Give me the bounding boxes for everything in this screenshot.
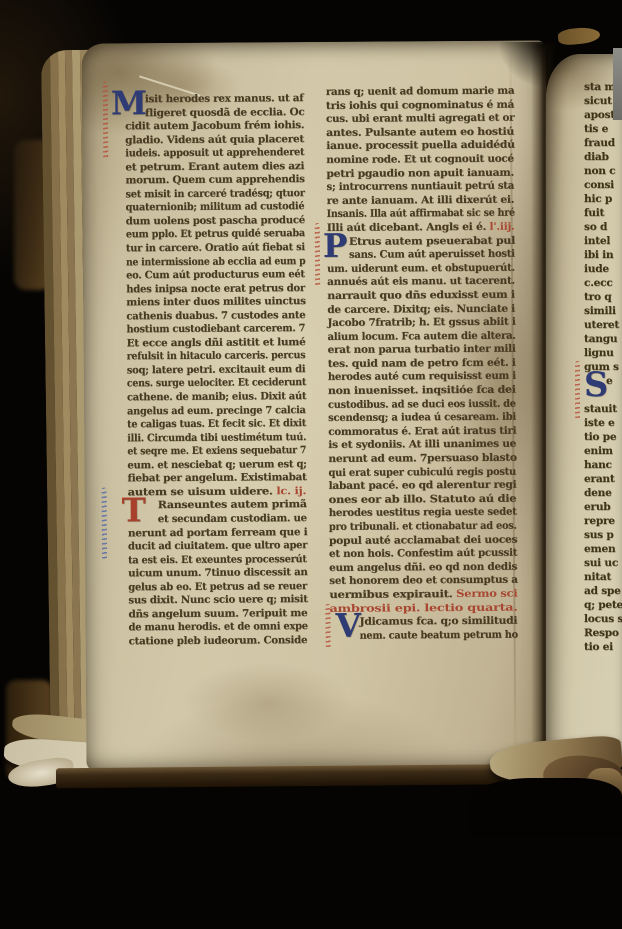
text-line-content: Ranseuntes autem primã	[158, 498, 307, 513]
text-line-content: popul auté acclamabat dei uoces	[329, 533, 517, 548]
text-line-content: erat non parua turbatio inter mili	[328, 343, 516, 358]
text-line-content: rans q; uenit ad domum marie ma	[326, 85, 515, 100]
text-line-content: locus s	[584, 612, 622, 626]
text-line-content: pro tribunali. et ctionabatur ad eos.	[329, 520, 517, 535]
text-line-content: uteret	[584, 318, 619, 332]
text-line: stauit	[584, 402, 622, 416]
text-line-content: Illi aút dicebant. Angls ei é. l'.iij.	[327, 221, 515, 236]
text-line: et secundam custodiam. ue	[128, 512, 307, 527]
text-line: de carcere. Dixitq; eis. Nunciate i	[327, 302, 515, 317]
text-line-content: herodes auté cum requisisst eum i	[328, 370, 516, 385]
text-line: lignu	[584, 346, 622, 360]
text-line-content: non c	[584, 164, 615, 178]
text-line: gelus ab eo. Et petrus ad se reuer	[128, 580, 307, 595]
text-line: quaternionib; militum ad custodié	[126, 200, 305, 215]
text-line-content: qui erat super cubiculú regis postu	[328, 465, 516, 480]
pen-flourish	[315, 223, 320, 287]
text-line: sui uc	[584, 556, 622, 570]
manuscript-photo: isit herodes rex manus. ut affligeret qu…	[0, 0, 622, 929]
text-line-content: fiebat per angelum. Existimabat	[127, 471, 306, 486]
text-line-content: cens. surge uelociter. Et ceciderunt	[127, 377, 306, 392]
text-line: fraud	[584, 136, 622, 150]
text-line-content: hic p	[584, 192, 612, 206]
text-line: hic p	[584, 192, 622, 206]
text-line-content: non inuenisset. inqsitióe fca dei	[328, 384, 516, 399]
text-line-content: repre	[584, 514, 615, 528]
text-line: uicum unum. 7tinuo discessit an	[128, 566, 307, 581]
text-line: angelus ad eum. precinge 7 calcia	[127, 404, 306, 419]
text-line: tro q	[584, 290, 622, 304]
text-line-content: hdes inipsa nocte erat petrus dor	[126, 282, 305, 297]
text-line: non inuenisset. inqsitióe fca dei	[328, 384, 516, 399]
text-line-content: set honorem deo et consumptus a	[329, 574, 518, 589]
text-line-content: fuit	[584, 206, 604, 220]
text-line-content: refulsit in hitaculo carceris. percus	[127, 349, 306, 364]
text-line-content: ducit ad ciuitatem. que ultro aper	[128, 539, 307, 554]
text-line: herodes uestitus regia ueste sedet	[329, 506, 517, 521]
text-line: refulsit in hitaculo carceris. percus	[127, 349, 306, 364]
text-line: labant pacé. eo qd alerentur regi	[329, 479, 517, 494]
text-line: te caligas tuas. Et fecit sic. Et dixit	[127, 417, 306, 432]
text-line: ta est eis. Et exeuntes processerút	[128, 553, 307, 568]
text-line-content: de manu herodis. et de omni expe	[129, 620, 308, 635]
left-page: isit herodes rex manus. ut affligeret qu…	[81, 40, 550, 771]
text-line-content: emen	[584, 542, 615, 556]
text-line: is et sydoniis. At illi unanimes ue	[328, 438, 516, 453]
text-line-content: erant	[584, 472, 615, 486]
text-line-content: annués aút eis manu. ut tacerent.	[327, 275, 515, 290]
text-line: et seqre me. Et exiens sequebatur 7	[127, 444, 306, 459]
text-line-content: quaternionib; militum ad custodié	[126, 200, 305, 215]
rubric-text: l'.iij.	[486, 221, 515, 233]
text-line: consi	[584, 178, 622, 192]
text-line: sus p	[584, 528, 622, 542]
text-line-content: ones eor ab illo. Statuto aú die	[329, 492, 517, 507]
text-line-content: s; introcurrens nuntiauit petrú sta	[326, 180, 514, 195]
text-line-content: morum. Quem cum apprehendis	[125, 173, 304, 188]
text-line-content: dum uolens post pascha producé	[126, 214, 305, 229]
text-line: herodes auté cum requisisst eum i	[328, 370, 516, 385]
text-line-content: ianue. processit puella aduidédú	[326, 139, 515, 154]
text-line-content: cathene. de manib; eius. Dixit aút	[127, 390, 306, 405]
text-line: iste e	[584, 416, 622, 430]
text-line: cathene. de manib; eius. Dixit aút	[127, 390, 306, 405]
text-line: scendensq; a iudea ú cesaream. ibi	[328, 411, 516, 426]
text-line: um. uiderunt eum. et obstupuerút.	[327, 261, 515, 276]
text-line-content: iudeis. apposuit ut apprehenderet	[125, 146, 304, 161]
text-line-content: tes. quid nam de petro fcm eét. i	[328, 356, 516, 371]
text-line-content: tro q	[584, 290, 611, 304]
text-line: iude	[584, 262, 622, 276]
text-line: ad spe	[584, 584, 622, 598]
text-line-content: et secundam custodiam. ue	[158, 512, 307, 527]
text-line: ctatione pleb iudeorum. Conside	[129, 634, 308, 649]
text-line: eum angelus dñi. eo qd non dedis	[329, 560, 517, 575]
parchment-stain	[182, 662, 353, 743]
text-line-content: c.ecc	[584, 276, 613, 290]
text-line-content: tur in carcere. Oratio aút fiebat si	[126, 241, 305, 256]
text-line-content: labant pacé. eo qd alerentur regi	[329, 479, 517, 494]
text-line-content: tio pe	[584, 430, 616, 444]
text-line-content: simili	[584, 304, 616, 318]
rubric-text: lc. ij.	[273, 485, 307, 497]
text-line: fuit	[584, 206, 622, 220]
text-line: morum. Quem cum apprehendis	[125, 173, 304, 188]
text-line-content: consi	[584, 178, 614, 192]
text-line-content: ne intermissione ab ecclia ad eum p	[126, 255, 305, 270]
text-line: erant	[584, 472, 622, 486]
text-line: dum uolens post pascha producé	[126, 214, 305, 229]
text-line-content: dene	[584, 486, 612, 500]
text-line-content: hanc	[584, 458, 612, 472]
text-line-content: alium locum. Fca autem die altera.	[327, 329, 515, 344]
text-line-content: dñs angelum suum. 7eripuit me	[128, 607, 307, 622]
text-line-content: is et sydoniis. At illi unanimes ue	[328, 438, 516, 453]
text-line: narrauit quo dñs eduxisst eum i	[327, 289, 515, 304]
illuminated-initial-v: V	[335, 612, 360, 639]
text-line-content: tis e	[584, 122, 608, 136]
text-line: repre	[584, 514, 622, 528]
text-line: ducit ad ciuitatem. que ultro aper	[128, 539, 307, 554]
text-line: petri pgaudio non apuit ianuam.	[326, 166, 514, 181]
text-line: set misit in carceré tradésq; qtuor	[125, 187, 304, 202]
text-line-content: angelus ad eum. precinge 7 calcia	[127, 404, 306, 419]
left-text-column: isit herodes rex manus. ut affligeret qu…	[125, 92, 308, 649]
pen-flourish	[102, 488, 108, 560]
text-line: illi. Circumda tibi uestimétum tuú.	[127, 431, 306, 446]
text-line-content: tris iohis qui cognominatus é má	[326, 98, 514, 113]
text-line: iudeis. apposuit ut apprehenderet	[125, 146, 304, 161]
text-line: diab	[584, 150, 622, 164]
text-line: eum pplo. Et petrus quidé seruaba	[126, 228, 305, 243]
text-line-content: eo. Cum aút producturus eum eét	[126, 268, 305, 283]
text-line-content: commoratus é. Erat aút iratus tiri	[328, 424, 516, 439]
text-line: cidit autem Jacobum frém iohis.	[125, 119, 304, 134]
text-line-content: fraud	[584, 136, 615, 150]
text-line-content: ctatione pleb iudeorum. Conside	[129, 634, 308, 649]
text-line-content: eum. et nesciebat q; uerum est q;	[127, 458, 306, 473]
text-line: tris iohis qui cognominatus é má	[326, 98, 514, 113]
text-line-content: q; pete	[584, 598, 622, 612]
illuminated-initial-t: T	[122, 496, 146, 523]
text-line-content: Respo	[584, 626, 619, 640]
rubric-text: Sermo sci	[452, 588, 517, 600]
text-line-content: uermibus expirauit. Sermo sci	[329, 588, 517, 603]
text-line: s; introcurrens nuntiauit petrú sta	[326, 180, 514, 195]
illuminated-initial-s: S	[584, 370, 608, 398]
right-page: sta msicutaposttis efrauddiabnon cconsih…	[546, 54, 622, 764]
text-line-content: erub	[584, 500, 610, 514]
parchment-fragment	[557, 26, 600, 46]
text-line-content: sta m	[584, 80, 615, 94]
text-line-content: herodes uestitus regia ueste sedet	[329, 506, 517, 521]
text-line-content: nem. caute beatum petrum ho	[360, 628, 518, 643]
text-line-content: miens inter duos milites uinctus	[126, 295, 306, 310]
facing-page-text-column: sta msicutaposttis efrauddiabnon cconsih…	[584, 80, 622, 654]
text-line-content: Insanis. Illa aút affirmabat sic se hré	[327, 207, 515, 222]
text-line: popul auté acclamabat dei uoces	[329, 533, 517, 548]
text-line: gladio. Videns aút quia placeret	[125, 133, 304, 148]
text-line-content: ta est eis. Et exeuntes processerút	[128, 553, 307, 568]
text-line-content: uicum unum. 7tinuo discessit an	[128, 566, 307, 581]
text-line: sus dixit. Nunc scio uere q; misit	[128, 593, 307, 608]
text-line-content: Et ecce angls dñi astitit et lumé	[127, 336, 306, 351]
text-line-content: cidit autem Jacobum frém iohis.	[125, 119, 304, 134]
text-line-content: antes. Pulsante autem eo hostiú	[326, 125, 514, 140]
text-line: soq; latere petri. excitauit eum di	[127, 363, 306, 378]
text-line: tis e	[584, 122, 622, 136]
text-line: eum. et nesciebat q; uerum est q;	[127, 458, 306, 473]
right-text-column: rans q; uenit ad domum marie matris iohi…	[326, 85, 518, 644]
text-line-content: et seqre me. Et exiens sequebatur 7	[127, 444, 306, 459]
text-line-content: gladio. Videns aút quia placeret	[125, 133, 304, 148]
corner-shadow	[470, 778, 622, 838]
text-line: tur in carcere. Oratio aút fiebat si	[126, 241, 305, 256]
text-line: fiebat per angelum. Existimabat	[127, 471, 306, 486]
text-line-content: apost	[584, 108, 615, 122]
illuminated-initial-m: M	[111, 89, 147, 116]
text-line-content: ibi in	[584, 248, 613, 262]
text-line-content: lignu	[584, 346, 614, 360]
text-line: hanc	[584, 458, 622, 472]
text-line: et non hois. Confestim aút pcussit	[329, 547, 517, 562]
text-line-content: stauit	[584, 402, 617, 416]
text-line: ne intermissione ab ecclia ad eum p	[126, 255, 305, 270]
text-line: intel	[584, 234, 622, 248]
text-line: ones eor ab illo. Statuto aú die	[329, 492, 517, 507]
text-line-content: Etrus autem pseuerabat pul	[349, 234, 515, 249]
text-line-content: so d	[584, 220, 607, 234]
text-line: autem se uisum uidere. lc. ij.	[128, 485, 307, 500]
text-line: pro tribunali. et ctionabatur ad eos.	[329, 520, 517, 535]
text-line: Respo	[584, 626, 622, 640]
text-line: set honorem deo et consumptus a	[329, 574, 517, 589]
text-line: non c	[584, 164, 622, 178]
text-line-content: ad spe	[584, 584, 621, 598]
text-line: nitat	[584, 570, 622, 584]
text-line: tangu	[584, 332, 622, 346]
text-line-content: et non hois. Confestim aút pcussit	[329, 547, 517, 562]
text-line-content: de carcere. Dixitq; eis. Nunciate i	[327, 302, 515, 317]
text-line: rans q; uenit ad domum marie ma	[326, 85, 514, 100]
text-line-content: iude	[584, 262, 609, 276]
text-line-content: sans. Cum aút aperuisset hosti	[349, 248, 515, 263]
text-line: alium locum. Fca autem die altera.	[327, 329, 515, 344]
text-line-content: nomine rode. Et ut cognouit uocé	[326, 153, 514, 168]
text-line: Insanis. Illa aút affirmabat sic se hré	[327, 207, 515, 222]
text-line: hdes inipsa nocte erat petrus dor	[126, 282, 305, 297]
text-line: so d	[584, 220, 622, 234]
text-line-content: iste e	[584, 416, 615, 430]
text-line: enim	[584, 444, 622, 458]
text-line-content: Jacobo 7fratrib; h. Et gssus abiit i	[327, 316, 515, 331]
text-line-content: fligeret quosdã de ecclia. Oc	[145, 106, 305, 121]
text-line: custodibus. ad se duci eos iussit. de	[328, 397, 516, 412]
text-line-content: eum pplo. Et petrus quidé seruaba	[126, 228, 305, 243]
text-line: fligeret quosdã de ecclia. Oc	[125, 106, 304, 121]
text-line: uteret	[584, 318, 622, 332]
text-line-content: et petrum. Erant autem dies azi	[125, 160, 304, 175]
text-line: antes. Pulsante autem eo hostiú	[326, 125, 514, 140]
text-line: dene	[584, 486, 622, 500]
text-line: ianue. processit puella aduidédú	[326, 139, 514, 154]
text-line: sans. Cum aút aperuisset hosti	[327, 248, 515, 263]
text-line: eo. Cum aút producturus eum eét	[126, 268, 305, 283]
text-line: erat non parua turbatio inter mili	[328, 343, 516, 358]
text-line: dñs angelum suum. 7eripuit me	[128, 607, 307, 622]
text-line: Jacobo 7fratrib; h. Et gssus abiit i	[327, 316, 515, 331]
text-line: Et ecce angls dñi astitit et lumé	[127, 336, 306, 351]
text-line: miens inter duos milites uinctus	[126, 295, 305, 310]
text-line-content: illi. Circumda tibi uestimétum tuú.	[127, 431, 306, 446]
text-line: Illi aút dicebant. Angls ei é. l'.iij.	[327, 221, 515, 236]
text-line-content: set misit in carceré tradésq; qtuor	[125, 187, 304, 202]
text-line-content: eum angelus dñi. eo qd non dedis	[329, 560, 517, 575]
text-line-content: nerunt ad eum. 7persuaso blasto	[328, 452, 516, 467]
text-line-content: petri pgaudio non apuit ianuam.	[326, 166, 514, 181]
text-line-content: re ante ianuam. At illi dixerút ei.	[327, 193, 515, 208]
text-line: nerunt ad portam ferream que i	[128, 526, 307, 541]
text-line: et petrum. Erant autem dies azi	[125, 160, 304, 175]
text-line: qui erat super cubiculú regis postu	[328, 465, 516, 480]
text-line: Etrus autem pseuerabat pul	[327, 234, 515, 249]
text-line: re ante ianuam. At illi dixerút ei.	[327, 193, 515, 208]
text-line: c.ecc	[584, 276, 622, 290]
text-line: nerunt ad eum. 7persuaso blasto	[328, 452, 516, 467]
text-line: simili	[584, 304, 622, 318]
text-line: isit herodes rex manus. ut af	[125, 92, 304, 107]
text-line: Ranseuntes autem primã	[128, 498, 307, 513]
text-line: annués aút eis manu. ut tacerent.	[327, 275, 515, 290]
text-line-content: tangu	[584, 332, 617, 346]
text-line-content: narrauit quo dñs eduxisst eum i	[327, 289, 515, 304]
text-line-content: cathenis duabus. 7 custodes ante	[126, 309, 305, 324]
text-line-content: hostium custodiebant carcerem. 7	[126, 322, 305, 337]
pen-flourish	[325, 604, 330, 648]
text-line-content: autem se uisum uidere. lc. ij.	[128, 485, 307, 500]
text-line-content: tio ei	[584, 640, 613, 654]
text-line-content: sus dixit. Nunc scio uere q; misit	[128, 593, 307, 608]
text-line-content: isit herodes rex manus. ut af	[145, 92, 304, 107]
text-line: tio ei	[584, 640, 622, 654]
text-line-content: cus. ubi erant multi agregati et or	[326, 112, 514, 127]
text-line: de manu herodis. et de omni expe	[129, 620, 308, 635]
text-line-content: gelus ab eo. Et petrus ad se reuer	[128, 580, 307, 595]
text-line-content: intel	[584, 234, 610, 248]
text-line-content: sicut	[584, 94, 612, 108]
pen-flourish	[103, 81, 109, 159]
text-line: commoratus é. Erat aút iratus tiri	[328, 424, 516, 439]
text-line-content: um. uiderunt eum. et obstupuerút.	[327, 261, 515, 276]
text-line: uermibus expirauit. Sermo sci	[329, 588, 517, 603]
pen-flourish	[575, 361, 580, 419]
text-line-content: custodibus. ad se duci eos iussit. de	[328, 397, 516, 412]
text-line-content: sui uc	[584, 556, 618, 570]
text-line-content: sus p	[584, 528, 613, 542]
text-line-content: nerunt ad portam ferream que i	[128, 526, 308, 541]
text-line: hostium custodiebant carcerem. 7	[126, 322, 305, 337]
text-line: q; pete	[584, 598, 622, 612]
text-line-content: Jdicamus fca. q;o similitudi	[359, 615, 517, 630]
text-line-content: nitat	[584, 570, 611, 584]
text-line: tes. quid nam de petro fcm eét. i	[328, 356, 516, 371]
text-line: tio pe	[584, 430, 622, 444]
text-line: ibi in	[584, 248, 622, 262]
text-line-content: diab	[584, 150, 609, 164]
text-line: cus. ubi erant multi agregati et or	[326, 112, 514, 127]
text-line: cathenis duabus. 7 custodes ante	[126, 309, 305, 324]
text-line: emen	[584, 542, 622, 556]
text-line-content: scendensq; a iudea ú cesaream. ibi	[328, 411, 516, 426]
text-line: cens. surge uelociter. Et ceciderunt	[127, 377, 306, 392]
text-line-content: enim	[584, 444, 613, 458]
text-line: nomine rode. Et ut cognouit uocé	[326, 153, 514, 168]
background-object-edge	[613, 48, 622, 120]
text-line-content: te caligas tuas. Et fecit sic. Et dixit	[127, 417, 306, 432]
text-line: erub	[584, 500, 622, 514]
text-line-content: soq; latere petri. excitauit eum di	[127, 363, 306, 378]
illuminated-initial-p: P	[323, 231, 347, 258]
text-line: locus s	[584, 612, 622, 626]
